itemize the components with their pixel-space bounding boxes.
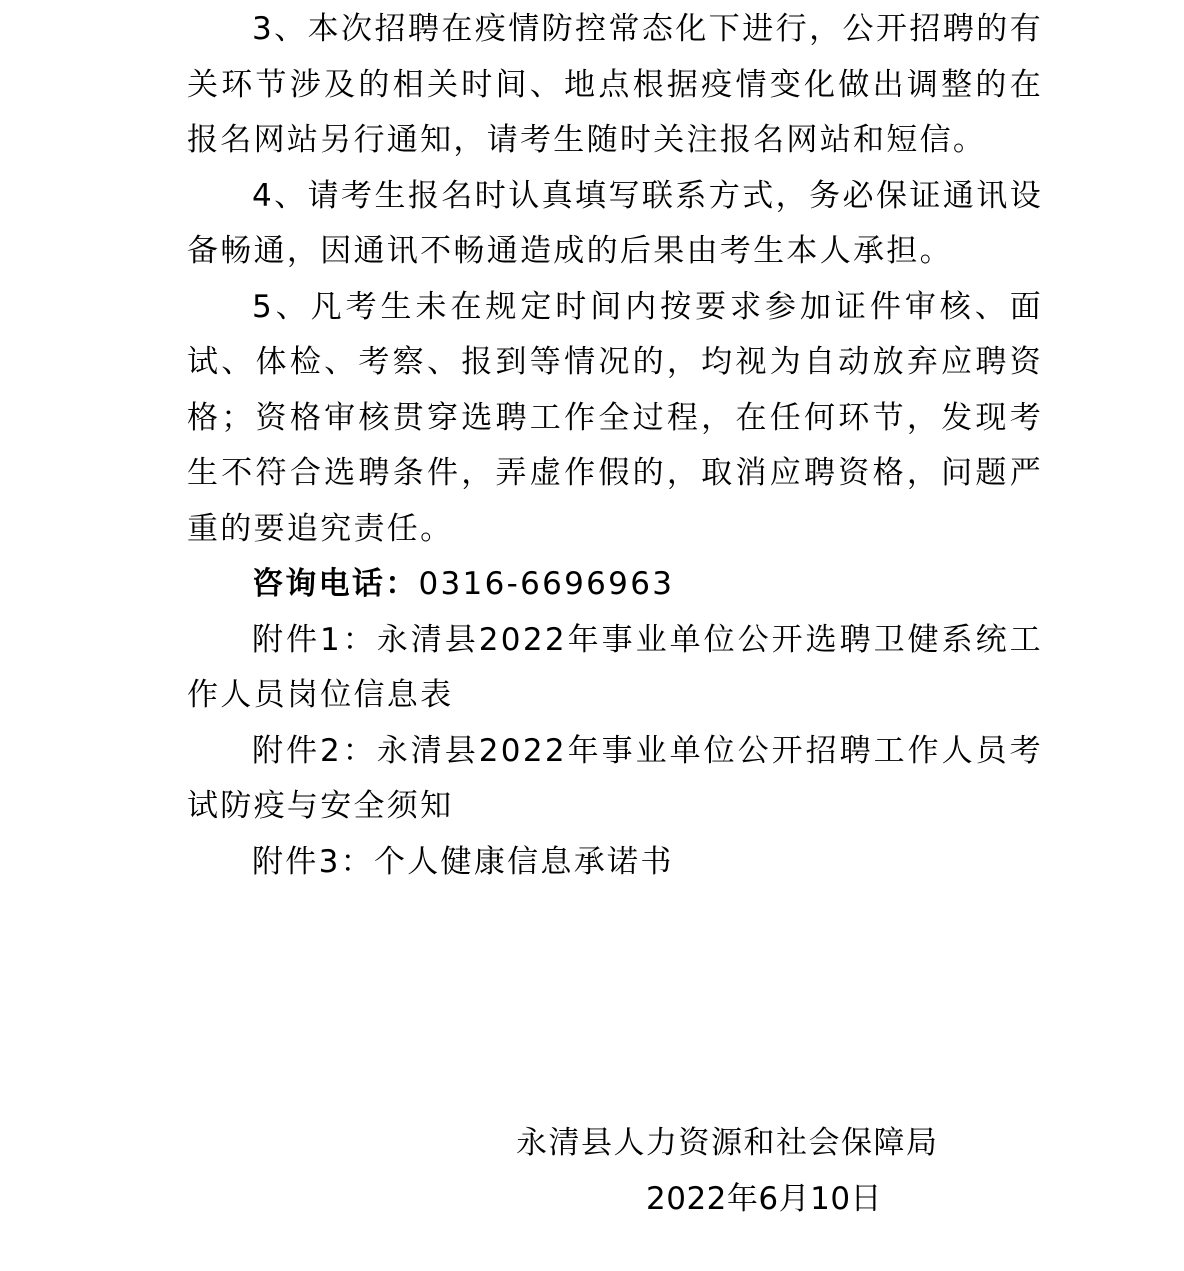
paragraph-item-3: 3、本次招聘在疫情防控常态化下进行，公开招聘的有关环节涉及的相关时间、地点根据疫…: [187, 2, 1043, 169]
attachment-label: 附件2：: [252, 733, 377, 769]
signature-date: 2022年6月10日: [646, 1172, 882, 1228]
attachment-3: 附件3：个人健康信息承诺书: [187, 835, 1043, 891]
signature-organization: 永清县人力资源和社会保障局: [516, 1116, 939, 1172]
contact-phone: 0316-6696963: [419, 566, 675, 602]
paragraph-item-5: 5、凡考生未在规定时间内按要求参加证件审核、面试、体检、考察、报到等情况的，均视…: [187, 280, 1043, 558]
attachment-2: 附件2：永清县2022年事业单位公开招聘工作人员考试防疫与安全须知: [187, 724, 1043, 835]
attachment-label: 附件3：: [252, 844, 374, 880]
attachment-label: 附件1：: [252, 622, 377, 658]
attachment-title: 个人健康信息承诺书: [374, 844, 674, 880]
contact-line: 咨询电话：0316-6696963: [187, 557, 1043, 613]
document-body: 3、本次招聘在疫情防控常态化下进行，公开招聘的有关环节涉及的相关时间、地点根据疫…: [187, 2, 1043, 890]
attachment-1: 附件1：永清县2022年事业单位公开选聘卫健系统工作人员岗位信息表: [187, 613, 1043, 724]
contact-label: 咨询电话：: [252, 566, 419, 602]
paragraph-item-4: 4、请考生报名时认真填写联系方式，务必保证通讯设备畅通，因通讯不畅通造成的后果由…: [187, 169, 1043, 280]
